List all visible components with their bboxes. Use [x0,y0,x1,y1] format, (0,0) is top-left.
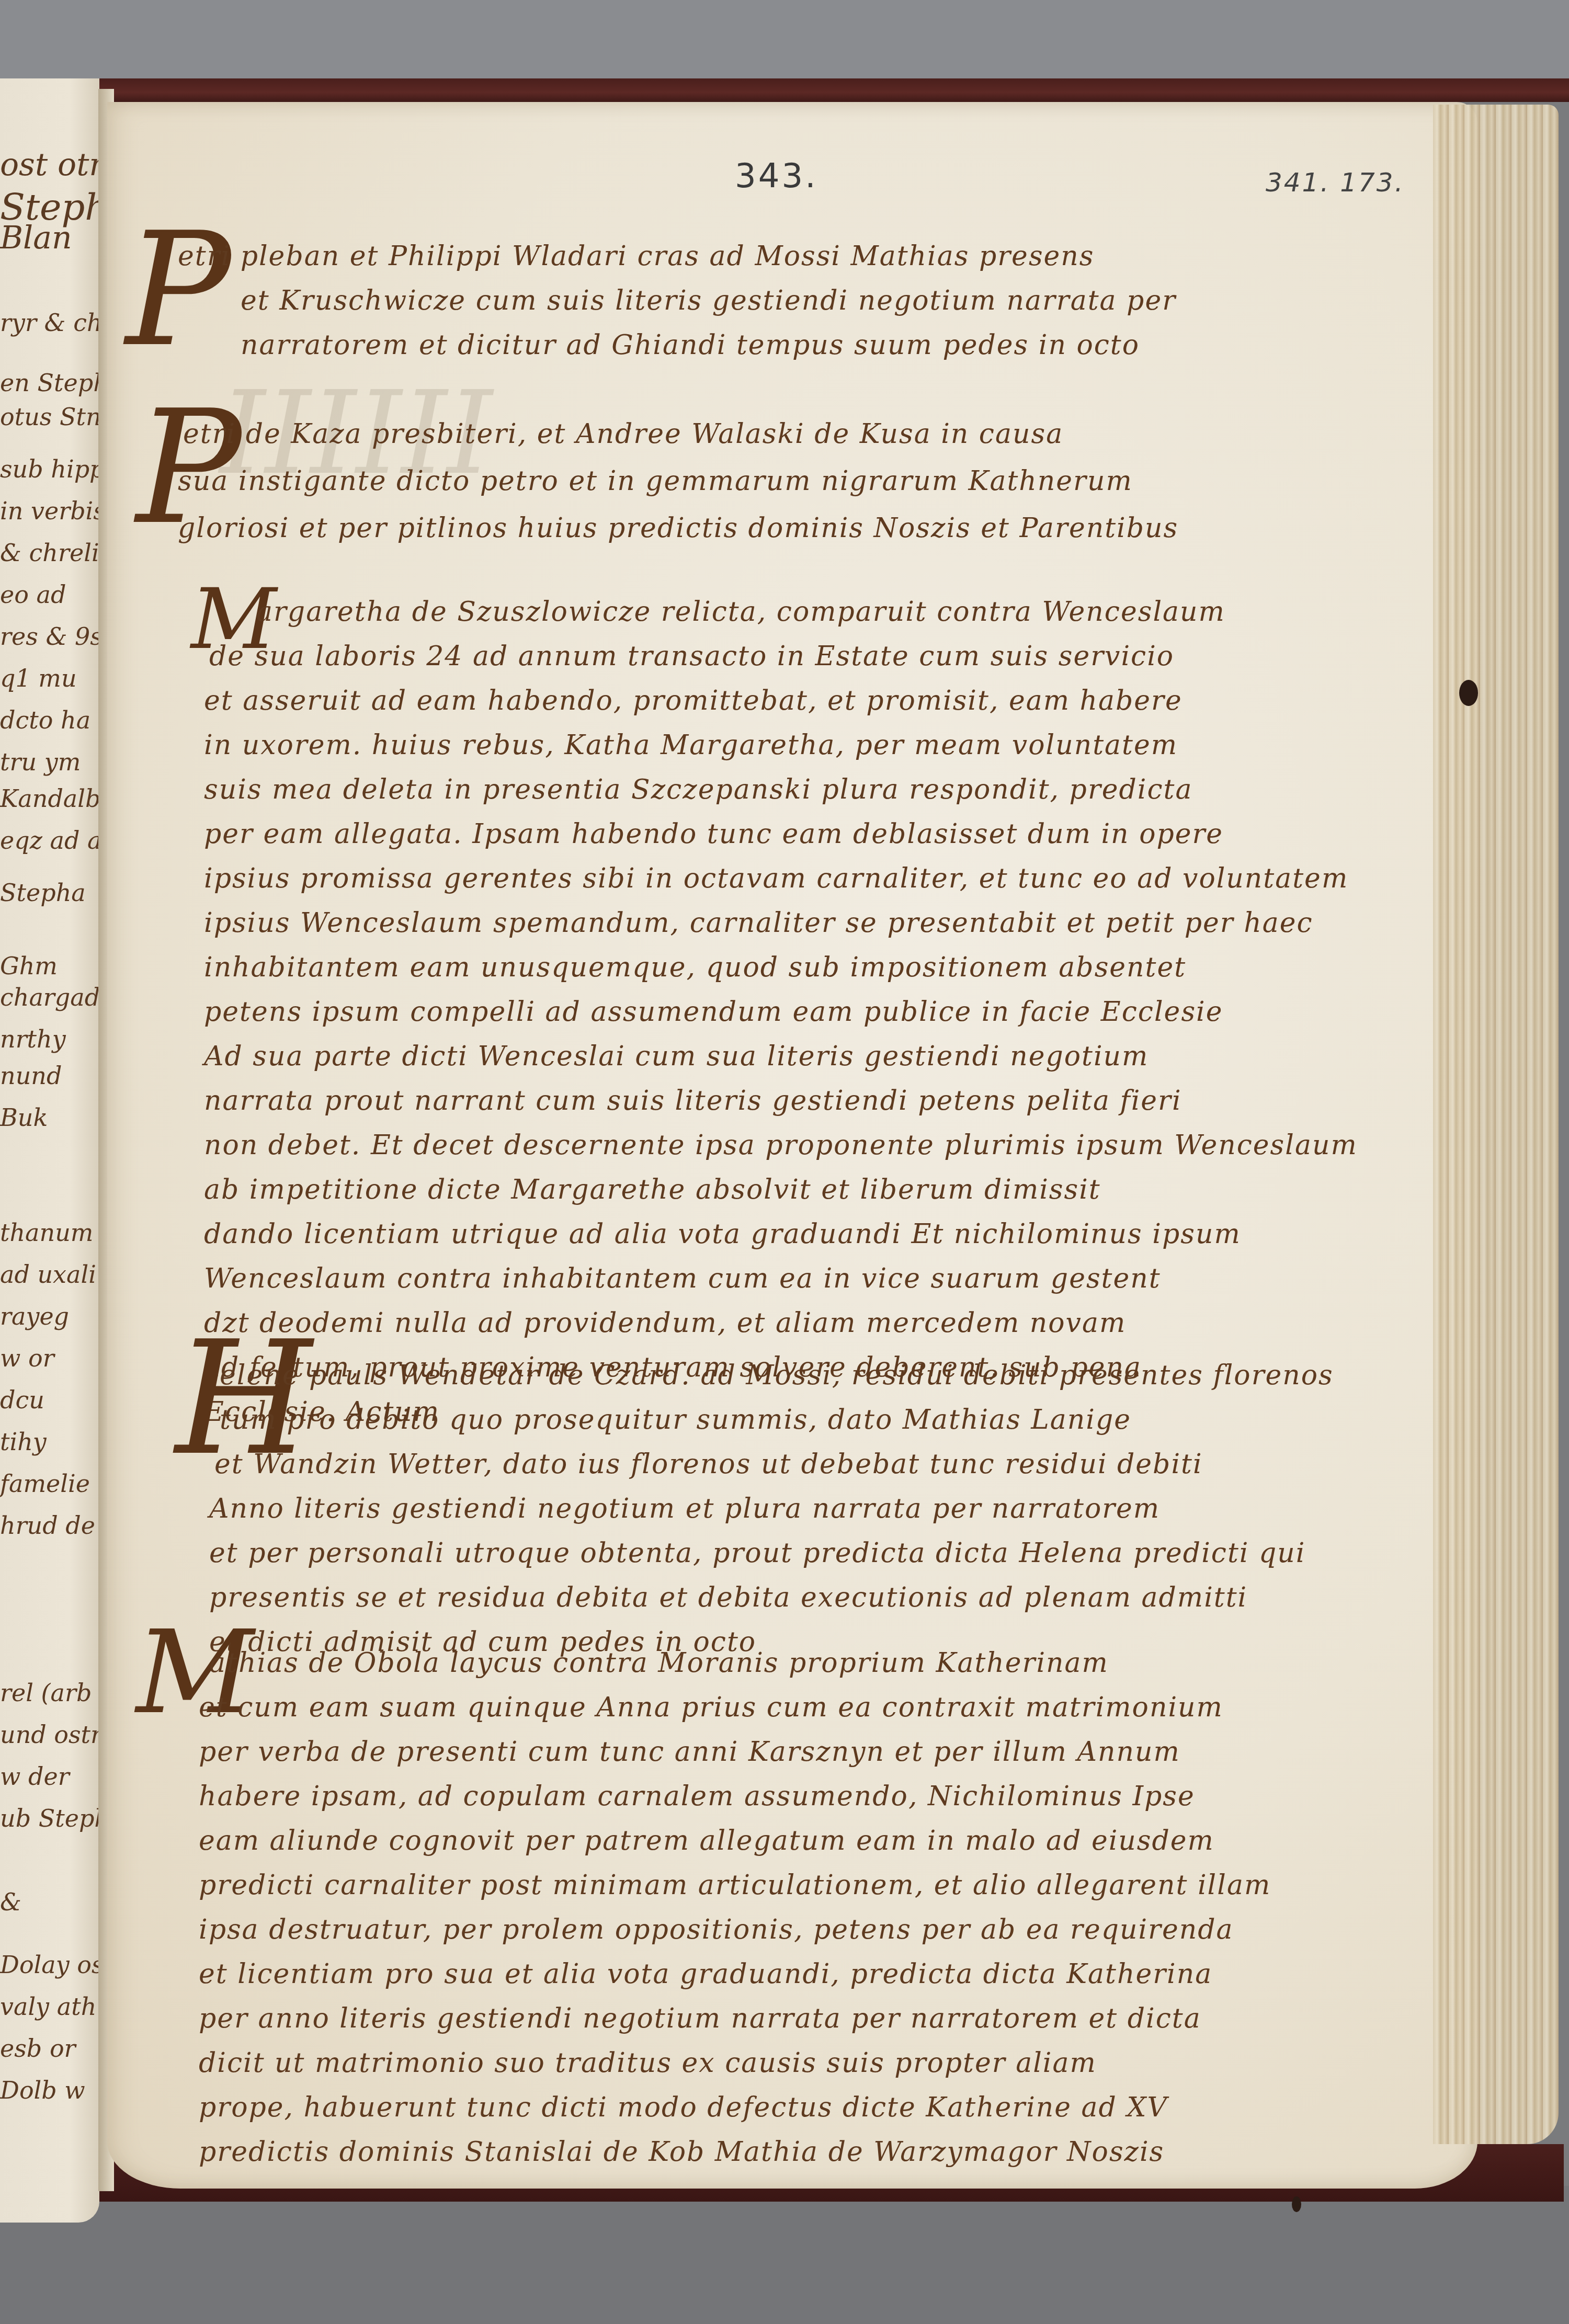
entry-line: predictis dominis Stanislai de Kob Mathi… [199,2136,1164,2168]
left-page-fragment: tihy [0,1428,47,1456]
left-page-fragment: w or [0,1344,54,1372]
left-page-fragment: rel (arb [0,1679,92,1707]
left-page-fragment: ryr & chl [0,309,99,337]
entry-line: et cum eam suam quinque Anna prius cum e… [199,1692,1223,1723]
entry-line: ipsa destruatur, per prolem oppositionis… [199,1914,1234,1945]
left-page-fragment: q1 mu [0,664,77,692]
ink-spot-mark [1292,2196,1301,2212]
entry-line: Ad sua parte dicti Wenceslai cum sua lit… [204,1041,1149,1072]
entry-line: ipsius promissa gerentes sibi in octavam… [204,863,1348,894]
binding-cover-top [42,78,1569,102]
left-page-fragment: Buk [0,1103,48,1132]
folio-number: 341. 173. [1266,167,1405,198]
left-page-fragment: famelie [0,1469,90,1498]
entry-line: eam aliunde cognovit per patrem allegatu… [199,1825,1214,1856]
left-page-fragment: rayeg [0,1302,69,1330]
entry-line: presentis se et residua debita et debita… [209,1582,1247,1613]
page-fore-edge [1433,105,1559,2144]
left-page-fragment: res & 9s [0,622,99,651]
left-page-fragment: w der [0,1762,70,1791]
entry-line: non debet. Et decet descernente ipsa pro… [204,1130,1358,1161]
left-page-fragment: Stepha [0,879,86,907]
entry-line: de sua laboris 24 ad annum transacto in … [209,641,1174,672]
entry-line: etri pleban et Philippi Wladari cras ad … [178,241,1095,272]
entry-line: gloriosi et per pitlinos huius predictis… [178,512,1178,544]
entry-line: per verba de presenti cum tunc anni Kars… [199,1736,1180,1768]
entry-line: etri de Kaza presbiteri, et Andree Walas… [183,418,1063,450]
entry-line: Wenceslaum contra inhabitantem cum ea in… [204,1263,1161,1294]
left-page-fragment: Blan [0,220,72,256]
left-page-fragment: sub hippht [0,455,99,483]
entry-line: tum pro debito quo prosequitur summis, d… [220,1404,1131,1436]
entry-line: et licentiam pro sua et alia vota gradua… [199,1958,1212,1990]
entry-line: habere ipsam, ad copulam carnalem assume… [199,1781,1195,1812]
entry-line: ab impetitione dicte Margarethe absolvit… [204,1174,1101,1205]
left-page-fragment: Kandalby [0,784,99,813]
entry-initial: P [126,199,231,381]
entry-line: prope, habuerunt tunc dicti modo defectu… [199,2092,1168,2123]
left-page-fragment: und ostr [0,1721,99,1749]
entry-line: narratorem et dicitur ad Ghiandi tempus … [241,329,1140,361]
entry-line: et asseruit ad eam habendo, promittebat,… [204,685,1183,716]
entry-line: sua instigante dicto petro et in gemmaru… [178,465,1133,497]
left-page-fragment: valy ath [0,1992,96,2021]
left-page-fragment: otus Stng [0,403,99,431]
left-page-fragment: Dolb w [0,2076,85,2104]
entry-line: per eam allegata. Ipsam habendo tunc eam… [204,818,1223,850]
left-page-fragment: thanum [0,1218,93,1247]
left-page-fragment: eqz ad al [0,826,99,855]
left-page-fragment: & [0,1888,21,1916]
entry-line: petens ipsum compelli ad assumendum eam … [204,996,1223,1028]
entry-line: dzt deodemi nulla ad providendum, et ali… [204,1307,1126,1339]
entry-line: dicit ut matrimonio suo traditus ex caus… [199,2047,1097,2079]
wormhole-mark [1459,680,1478,706]
entry-line: dando licentiam utrique ad alia vota gra… [204,1218,1241,1250]
entry-line: argaretha de Szuszlowicze relicta, compa… [256,596,1225,628]
entry-line: suis mea deleta in presentia Szczepanski… [204,774,1192,805]
left-page-fragment: nund [0,1062,62,1090]
entry-line: inhabitantem eam unusquemque, quod sub i… [204,952,1186,983]
left-page-fragment: eo ad [0,580,66,609]
entry-line: elene pauls Wendetar de Czard. ad Mossi,… [220,1360,1334,1391]
entry-line: in uxorem. huius rebus, Katha Margaretha… [204,730,1178,761]
entry-line: per anno literis gestiendi negotium narr… [199,2003,1201,2034]
entry-line: et per personali utroque obtenta, prout … [209,1537,1305,1569]
left-page-fragment: in verbis [0,497,99,525]
left-page-fragment: hrud de [0,1511,95,1540]
background-bottom [0,2186,1569,2324]
left-page-fragment: & chrelis [0,539,99,567]
entry-line: et Kruschwicze cum suis literis gestiend… [241,285,1176,316]
page-number: 343. [735,157,818,196]
entry-line: Anno literis gestiendi negotium et plura… [209,1493,1160,1524]
left-page-fragment: ad uxali [0,1260,96,1289]
left-page-fragment: tru ym [0,748,81,776]
left-page-fragment: nrthy [0,1025,66,1053]
left-page-fragment: esb or [0,2034,76,2063]
left-page: ost otm Stephani Blan ryr & chl en Steph… [0,78,99,2223]
entry-line: athias de Obola laycus contra Moranis pr… [209,1647,1109,1679]
left-page-fragment: en Stepha [0,369,99,397]
left-page-fragment: ub Steph [0,1804,99,1832]
entry-line: predicti carnaliter post minimam articul… [199,1870,1271,1901]
entry-line: narrata prout narrant cum suis literis g… [204,1085,1182,1117]
left-page-fragment: Ghm [0,952,58,980]
left-page-fragment: chargad [0,983,99,1011]
background-top [0,0,1569,78]
entry-line: ipsius Wenceslaum spemandum, carnaliter … [204,907,1313,939]
left-page-fragment: dcto ha [0,706,90,734]
left-page-fragment: Dolay ostr [0,1951,99,1979]
left-page-fragment: dcu [0,1386,44,1414]
left-page-fragment: ost otm [0,146,99,183]
entry-line: et Wandzin Wetter, dato ius florenos ut … [214,1449,1203,1480]
